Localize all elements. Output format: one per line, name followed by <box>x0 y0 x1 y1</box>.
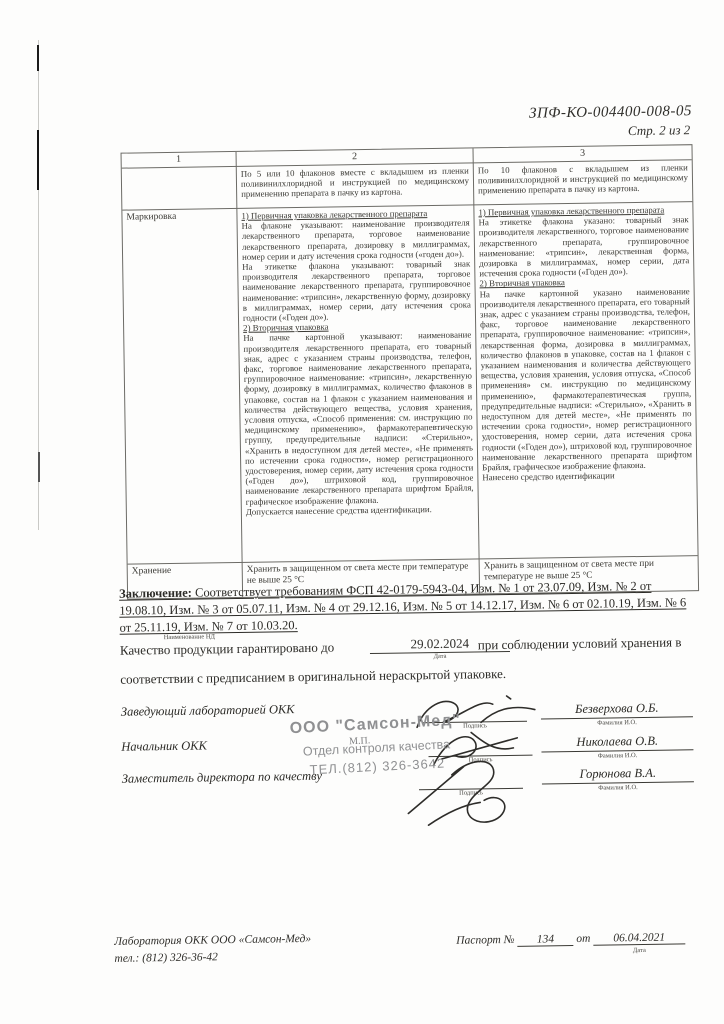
identification-note: Допускается нанесение средства идентифик… <box>246 503 474 517</box>
signer-name-3: Горюнова В.А. <box>542 765 694 784</box>
nd-caption: Наименование НД <box>164 633 215 641</box>
footer-lab-block: Лаборатория ОКК ООО «Самсон-Мед» тел.: (… <box>114 931 311 968</box>
passport-number: 134 <box>517 933 573 947</box>
passport-date-caption: Дата <box>593 946 685 954</box>
name-caption: Фамилия И.О. <box>541 751 693 760</box>
footer-lab-name: Лаборатория ОКК ООО «Самсон-Мед» <box>114 931 311 951</box>
signer-name-1: Безверхова О.Б. <box>541 700 693 719</box>
date-caption: Дата <box>370 652 510 661</box>
signer-name-2: Николаева О.В. <box>541 733 693 752</box>
guarantee-prefix: Качество продукции гарантировано до <box>120 640 334 658</box>
conclusion-text: Соответствует требованиям ФСП 42-0179-59… <box>119 579 686 634</box>
document-content: ЗПФ-КО-004400-008-05 Стр. 2 из 2 1 2 3 П… <box>0 0 724 1024</box>
conclusion-label: Заключение: <box>119 586 192 601</box>
document-code: ЗПФ-КО-004400-008-05 <box>529 103 692 122</box>
secondary-packaging-text: На пачке картонной указано наименование … <box>480 286 693 473</box>
packaging-col3-cell: По 10 флаконов с вкладышем из пленки пол… <box>474 160 693 204</box>
name-caption: Фамилия И.О. <box>541 718 693 727</box>
packaging-row-label-cell <box>122 167 237 210</box>
primary-packaging-text2: На этикетке флакона указывают: товарный … <box>242 259 471 324</box>
secondary-packaging-text: На пачке картонной указывают: наименован… <box>243 330 474 507</box>
secondary-packaging-title: 2) Вторичная упаковка <box>479 278 564 289</box>
marking-col2-cell: 1) Первичная упаковка лекарственного пре… <box>237 205 478 561</box>
footer-passport-block: Паспорт № 134 от 06.04.2021Дата <box>456 931 685 947</box>
page-number-label: Стр. 2 из 2 <box>628 122 691 139</box>
identification-note: Нанесено средство идентификации <box>482 469 692 482</box>
marking-col3-cell: 1) Первичная упаковка лекарственного пре… <box>474 202 697 558</box>
stamp-mp-mark: М.П. <box>349 735 371 747</box>
quality-stamp: ООО "Самсон-Мед" М.П. Отдел контроля кач… <box>250 710 503 780</box>
name-caption: Фамилия И.О. <box>542 783 694 792</box>
guarantee-line2: соответствии с предписанием в оригинальн… <box>120 666 506 688</box>
column-header-1: 1 <box>122 152 236 168</box>
primary-packaging-text: На флаконе указывают: наименование произ… <box>242 218 471 262</box>
scanned-document-page: ЗПФ-КО-004400-008-05 Стр. 2 из 2 1 2 3 П… <box>0 0 724 1024</box>
packaging-col2-cell: По 5 или 10 флаконов вместе с вкладышем … <box>237 163 474 207</box>
passport-label: Паспорт № <box>456 934 514 947</box>
specification-table: 1 2 3 По 5 или 10 флаконов вместе с вкла… <box>121 144 700 599</box>
marking-row-label: Маркировка <box>122 209 241 564</box>
passport-date-wrap: 06.04.2021Дата <box>593 931 685 945</box>
primary-packaging-text: На этикетке флакона указано: товарный зн… <box>479 214 690 278</box>
passport-date: 06.04.2021 <box>593 931 685 945</box>
signer-title-1: Заведующий лабораторией ОКК <box>121 702 295 720</box>
footer-lab-phone: тел.: (812) 326-36-42 <box>114 948 311 968</box>
conclusion-paragraph: Заключение: Соответствует требованиям ФС… <box>119 577 700 636</box>
guarantee-suffix: при соблюдении условий хранения в <box>478 634 682 653</box>
signer-title-2: Начальник ОКК <box>121 738 207 754</box>
passport-from: от <box>576 933 590 945</box>
